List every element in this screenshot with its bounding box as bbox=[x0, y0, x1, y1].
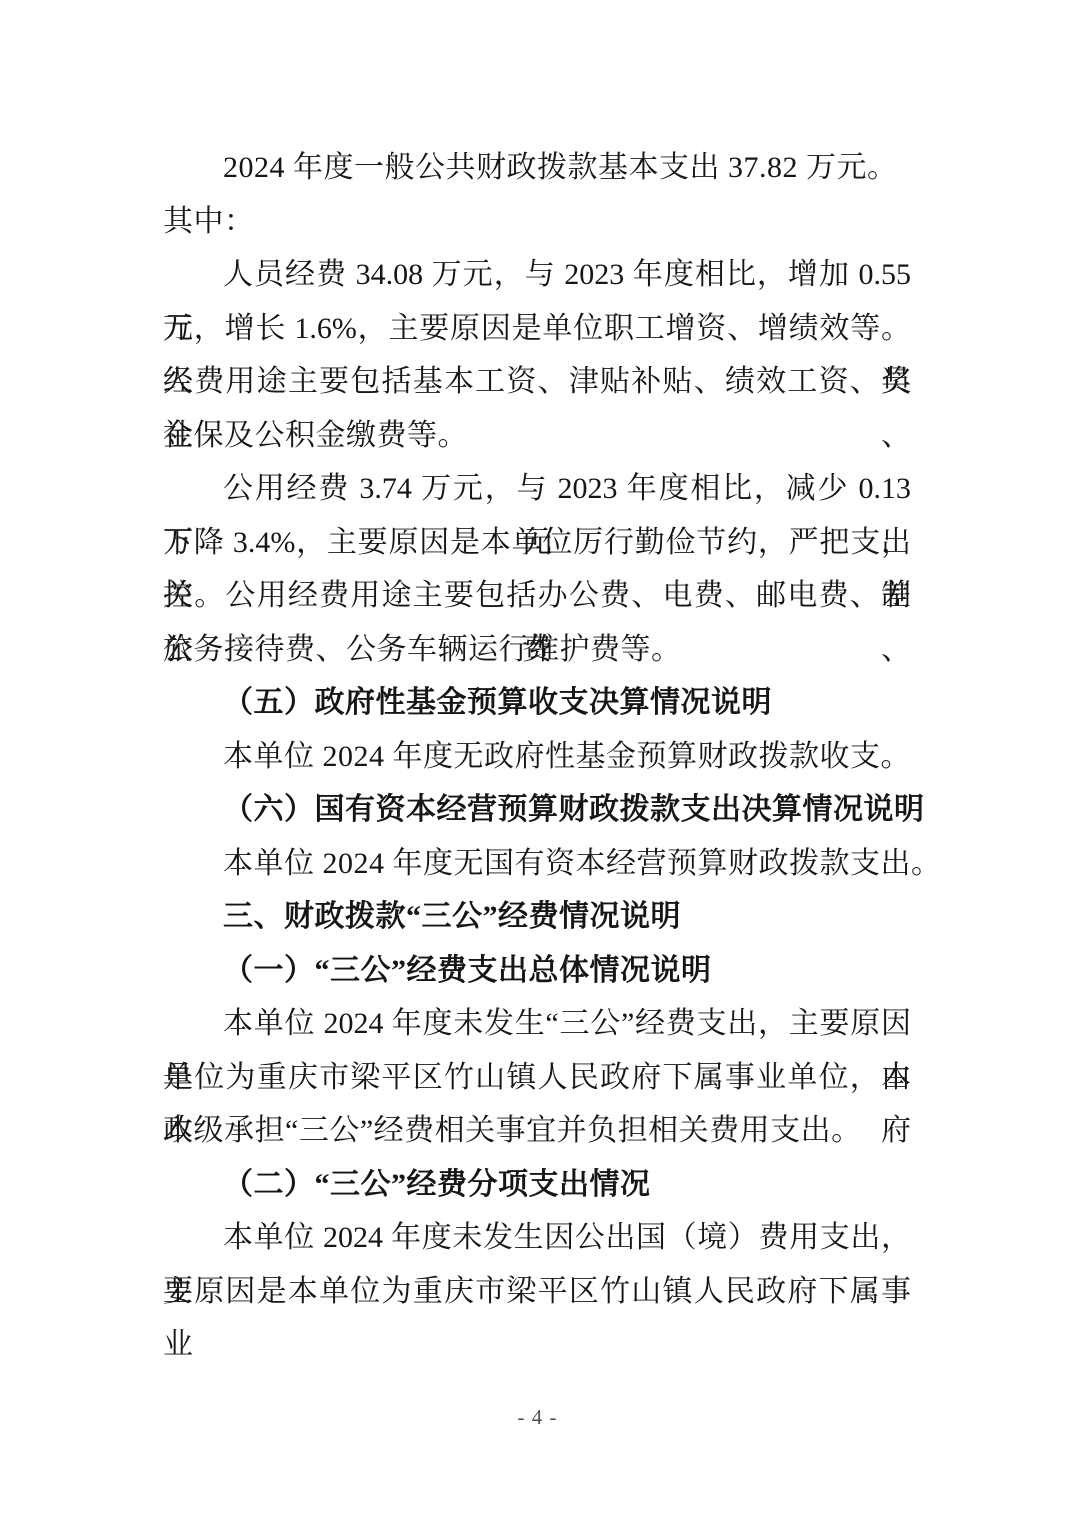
heading-section-five: （五）政府性基金预算收支决算情况说明 bbox=[163, 676, 911, 730]
line-basic-expenditure-total: 2024 年度一般公共财政拨款基本支出 37.82 万元。 bbox=[163, 141, 911, 195]
para-three-public-overall-line-2: 单位为重庆市梁平区竹山镇人民政府下属事业单位，由政府 bbox=[163, 1051, 911, 1105]
para-public-expenses-line-3: 关。公用经费用途主要包括办公费、电费、邮电费、差旅费、 bbox=[163, 569, 911, 623]
para-three-public-itemized-line-2: 要原因是本单位为重庆市梁平区竹山镇人民政府下属事业 bbox=[163, 1265, 911, 1319]
document-page: 2024 年度一般公共财政拨款基本支出 37.82 万元。 其中： 人员经费 3… bbox=[0, 0, 1075, 1520]
para-public-expenses-line-2: 下降 3.4%，主要原因是本单位厉行勤俭节约，严把支出控制 bbox=[163, 516, 911, 570]
heading-part-three: 三、财政拨款“三公”经费情况说明 bbox=[163, 890, 911, 944]
para-personnel-expenses-line-1: 人员经费 34.08 万元，与 2023 年度相比，增加 0.55 万 bbox=[163, 248, 911, 302]
heading-sub-one: （一）“三公”经费支出总体情况说明 bbox=[163, 944, 911, 998]
para-three-public-overall-line-1: 本单位 2024 年度未发生“三公”经费支出，主要原因是本 bbox=[163, 997, 911, 1051]
document-body: 2024 年度一般公共财政拨款基本支出 37.82 万元。 其中： 人员经费 3… bbox=[163, 141, 911, 1318]
para-three-public-overall-line-3: 本级承担“三公”经费相关事宜并负担相关费用支出。 bbox=[163, 1104, 911, 1158]
heading-sub-two: （二）“三公”经费分项支出情况 bbox=[163, 1158, 911, 1212]
para-public-expenses-line-1: 公用经费 3.74 万元，与 2023 年度相比，减少 0.13 万元， bbox=[163, 462, 911, 516]
para-personnel-expenses-line-3: 经费用途主要包括基本工资、津贴补贴、绩效工资、奖金、 bbox=[163, 355, 911, 409]
line-no-govt-fund-budget: 本单位 2024 年度无政府性基金预算财政拨款收支。 bbox=[163, 730, 911, 784]
heading-section-six: （六）国有资本经营预算财政拨款支出决算情况说明 bbox=[163, 783, 911, 837]
line-among-which: 其中： bbox=[163, 195, 911, 249]
page-number: - 4 - bbox=[0, 1405, 1075, 1430]
para-personnel-expenses-line-2: 元，增长 1.6%，主要原因是单位职工增资、增绩效等。人员 bbox=[163, 302, 911, 356]
line-no-state-capital-budget: 本单位 2024 年度无国有资本经营预算财政拨款支出。 bbox=[163, 837, 911, 891]
para-three-public-itemized-line-1: 本单位 2024 年度未发生因公出国（境）费用支出，主 bbox=[163, 1211, 911, 1265]
